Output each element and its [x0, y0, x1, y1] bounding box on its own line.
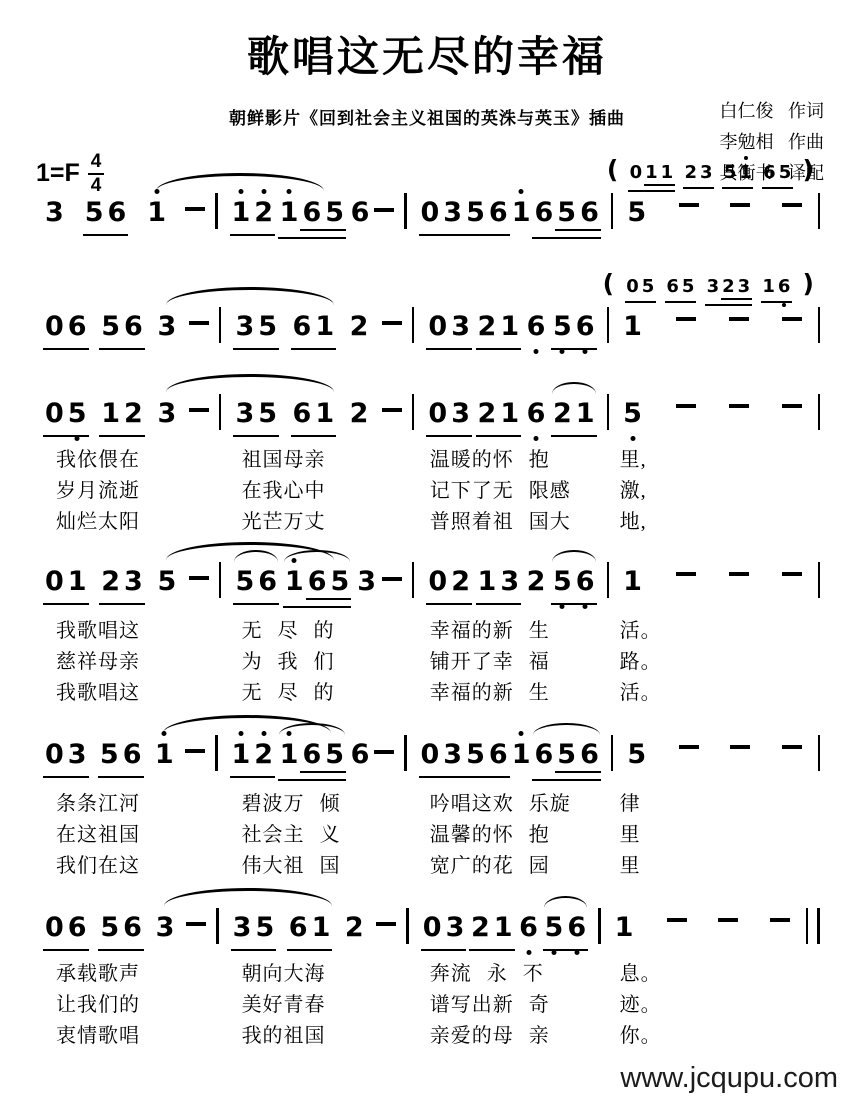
measure: 5	[609, 398, 817, 429]
lyric-cell: 激,	[604, 476, 820, 507]
note: 1	[283, 566, 306, 597]
time-signature: 4 4	[88, 152, 105, 196]
rest-dash	[730, 203, 750, 207]
note: 5	[680, 276, 696, 297]
note: 0	[43, 739, 66, 770]
octave-dot	[534, 349, 539, 354]
note-group: 3	[154, 912, 177, 943]
note: 5	[777, 162, 793, 183]
note: 1	[644, 162, 660, 186]
note: 6	[578, 739, 601, 773]
lyric-cell: 记下了无 限感	[414, 476, 604, 507]
note-group: 05	[625, 276, 656, 303]
note: 1	[574, 398, 597, 429]
note-group: 56	[464, 197, 510, 236]
note: 6	[287, 912, 310, 943]
note: 3	[449, 398, 472, 429]
note: 6	[525, 398, 548, 429]
note: 3	[154, 912, 177, 943]
rest-dash	[718, 918, 738, 922]
note: 0	[419, 739, 442, 770]
note-group: 61	[287, 912, 333, 951]
octave-dot	[583, 349, 588, 354]
barline	[818, 193, 821, 229]
note: 6	[665, 276, 681, 297]
note: 1	[153, 739, 176, 770]
note-group: 3	[355, 566, 378, 597]
rest-dash	[679, 203, 699, 207]
note-group: 5	[625, 197, 648, 228]
octave-dot	[574, 950, 579, 955]
lyric-cell: 里	[604, 820, 820, 851]
tie-arc	[533, 723, 599, 735]
note: 1	[278, 739, 301, 770]
note-group: 23	[99, 566, 145, 605]
lyric-cell: 我们在这	[40, 851, 226, 882]
lyrics-row: 灿烂太阳光芒万丈普照着祖 国大地,	[40, 507, 820, 538]
note: 1	[476, 566, 499, 597]
lyrics-row: 让我们的美好青春谱写出新 奇迹。	[40, 990, 820, 1021]
paren: (	[601, 269, 615, 298]
lyrics-block: 条条江河碧波万 倾吟唱这欢 乐旋律在这祖国社会主 义温馨的怀 抱里我们在这伟大祖…	[40, 789, 820, 882]
note: 5	[83, 197, 106, 228]
note: 2	[721, 276, 737, 300]
rest-dash	[186, 922, 206, 926]
note: 3	[43, 197, 66, 228]
rest-dash	[185, 749, 205, 753]
note: 5	[722, 162, 738, 183]
octave-dot	[519, 731, 524, 736]
octave-dot	[534, 436, 539, 441]
note-group: 56	[464, 739, 510, 778]
measure: 06563	[40, 311, 219, 350]
lyric-cell: 无 尽 的	[226, 678, 414, 709]
measure: 06563	[40, 912, 216, 951]
staff-line: 356112165603561656(011235165)5	[40, 185, 820, 239]
note: 5	[256, 311, 279, 342]
note-group: 03	[421, 912, 467, 951]
barline	[818, 394, 821, 430]
lyric-cell: 我依偎在	[40, 445, 226, 476]
note-group: 1	[621, 566, 644, 597]
note: 6	[578, 197, 601, 231]
note: 1	[498, 398, 521, 429]
lyric-cell: 地,	[604, 507, 820, 538]
measure: 35612	[221, 311, 411, 350]
note: 5	[640, 276, 656, 297]
note-group: 1	[621, 311, 644, 342]
watermark-url: www.jcqupu.com	[620, 1062, 838, 1095]
note-group: 05	[43, 398, 89, 437]
rest-dash	[782, 745, 802, 749]
rest-dash	[676, 404, 696, 408]
note-group: 6	[525, 398, 548, 429]
lyrics-block: 我歌唱这无 尽 的幸福的新 生活。慈祥母亲为 我 们铺开了幸 福路。我歌唱这无 …	[40, 616, 820, 709]
note-group: 656	[532, 739, 600, 781]
note: 6	[487, 197, 510, 228]
note-group: 1	[510, 739, 533, 770]
note: 1	[278, 197, 301, 228]
lyric-cell: 亲爱的母 亲	[414, 1021, 604, 1052]
key-signature: 1=F 4 4	[36, 152, 104, 196]
slur-arc	[156, 173, 324, 191]
note-group: 02	[426, 566, 472, 605]
note-group: 6	[525, 311, 548, 342]
slur-arc	[164, 888, 332, 906]
octave-dot	[526, 950, 531, 955]
lyrics-row: 我歌唱这无 尽 的幸福的新 生活。	[40, 678, 820, 709]
note: 5	[625, 197, 648, 228]
measure: 03561656	[407, 739, 611, 781]
note-group: 1	[510, 197, 533, 228]
note: 3	[441, 739, 464, 770]
note-group: 56	[83, 197, 129, 236]
lyric-cell: 伟大祖 国	[226, 851, 414, 882]
lyric-cell: 里,	[604, 445, 820, 476]
note: 1	[510, 197, 533, 228]
lyric-cell: 温暖的怀 抱	[414, 445, 604, 476]
note: 6	[121, 912, 144, 943]
note-group: 6	[349, 739, 372, 770]
lyrics-row: 我们在这伟大祖 国宽广的花 园里	[40, 851, 820, 882]
note: 5	[99, 311, 122, 342]
note: 6	[306, 566, 329, 600]
lyric-cell: 谱写出新 奇	[414, 990, 604, 1021]
rest-dash	[730, 745, 750, 749]
octave-dot	[75, 436, 80, 441]
note-group: 21	[469, 912, 515, 951]
rest-dash	[189, 408, 209, 412]
note: 6	[574, 311, 597, 342]
lyric-cell: 我歌唱这	[40, 616, 226, 647]
note: 2	[343, 912, 366, 943]
lyric-cell: 祖国母亲	[226, 445, 414, 476]
note: 1	[99, 398, 122, 429]
note-group: 011	[628, 162, 675, 192]
lyrics-row: 条条江河碧波万 倾吟唱这欢 乐旋律	[40, 789, 820, 820]
note-group: 6	[349, 197, 372, 228]
note-group: 323	[705, 276, 752, 306]
note: 0	[421, 912, 444, 943]
lyric-cell: 宽广的花 园	[414, 851, 604, 882]
note: 6	[525, 311, 548, 342]
lyric-cell: 幸福的新 生	[414, 678, 604, 709]
meter-denominator: 4	[91, 175, 102, 196]
lyrics-row: 我依偎在祖国母亲温暖的怀 抱里,	[40, 445, 820, 476]
note: 3	[736, 276, 752, 300]
note: 0	[43, 398, 66, 429]
note: 1	[659, 162, 675, 186]
note-group: )	[801, 155, 815, 184]
note: 3	[449, 311, 472, 342]
rest-dash	[782, 317, 802, 321]
lyrics-row: 岁月流逝在我心中记下了无 限感激,	[40, 476, 820, 507]
note: 3	[444, 912, 467, 943]
note-group: 12	[99, 398, 145, 437]
octave-dot	[551, 950, 556, 955]
meter-numerator: 4	[88, 152, 105, 175]
note: 3	[233, 311, 256, 342]
note-group: )	[801, 269, 815, 298]
note-group: 23	[683, 162, 714, 189]
note: 2	[476, 398, 499, 429]
key-label: 1=F	[36, 159, 80, 188]
page-title: 歌唱这无尽的幸福	[0, 24, 854, 84]
lyric-cell: 光芒万丈	[226, 507, 414, 538]
note: 1	[510, 739, 533, 770]
octave-dot	[782, 303, 786, 307]
lyric-cell: 让我们的	[40, 990, 226, 1021]
octave-dot	[560, 349, 565, 354]
note-group: 21	[551, 398, 597, 437]
note-group: 06	[43, 311, 89, 350]
barline	[818, 735, 821, 771]
note: 5	[233, 566, 256, 597]
note: 0	[426, 311, 449, 342]
lyrics-row: 在这祖国社会主 义温馨的怀 抱里	[40, 820, 820, 851]
note: 5	[543, 912, 566, 943]
staff-block: 0123556165302132561我歌唱这无 尽 的幸福的新 生活。慈祥母亲…	[40, 554, 820, 709]
measure: 1	[601, 912, 806, 943]
lyric-cell: 活。	[604, 678, 820, 709]
note: 6	[532, 197, 555, 228]
note: 6	[291, 398, 314, 429]
note-group: 5	[625, 739, 648, 770]
note-group: 3	[155, 398, 178, 429]
lyric-cell: 碧波万 倾	[226, 789, 414, 820]
rest-dash	[382, 577, 402, 581]
measure: 03561	[40, 739, 215, 778]
note: 1	[313, 398, 336, 429]
note: 3	[441, 197, 464, 228]
note-group: 165	[278, 197, 346, 239]
note-group: 06	[43, 912, 89, 951]
note: 3	[155, 398, 178, 429]
note: 1	[621, 566, 644, 597]
note: 2	[99, 566, 122, 597]
note-group: 56	[98, 912, 144, 951]
note-group: 03	[426, 311, 472, 350]
staff-line: 065633561203216561	[40, 900, 820, 951]
note-group: 56	[98, 739, 144, 778]
measure: 05123	[40, 398, 219, 437]
staff-line: 0123556165302132561	[40, 554, 820, 608]
note: 1	[230, 197, 253, 228]
note: 0	[43, 311, 66, 342]
note: 0	[419, 197, 442, 228]
note-group: 61	[291, 398, 337, 437]
measure: (011235165)5	[613, 197, 817, 228]
measure: (056532316)1	[609, 311, 817, 342]
measure: 0321656	[409, 912, 598, 951]
note: 6	[300, 739, 323, 773]
note: 1	[761, 276, 777, 297]
lyric-cell: 息。	[604, 959, 820, 990]
note-group: 03	[419, 197, 465, 236]
note-group: 3	[43, 197, 66, 228]
lyrics-block: 承载歌声朝向大海奔流 永 不息。让我们的美好青春谱写出新 奇迹。衷情歌唱我的祖国…	[40, 959, 820, 1052]
note: 5	[551, 311, 574, 342]
rest-dash	[189, 321, 209, 325]
lyric-cell: 朝向大海	[226, 959, 414, 990]
note-group: 2	[525, 566, 548, 597]
note: 3	[233, 398, 256, 429]
credit-composer: 李勉相 作曲	[720, 127, 825, 158]
measure: 561653	[221, 566, 411, 608]
note: 5	[464, 197, 487, 228]
note: 6	[532, 739, 555, 770]
lyric-cell: 岁月流逝	[40, 476, 226, 507]
note: 1	[66, 566, 89, 597]
note: 5	[66, 398, 89, 429]
note: 2	[551, 398, 574, 429]
note-group: 65	[762, 162, 793, 189]
note-group: 65	[665, 276, 696, 303]
note: 6	[106, 197, 129, 228]
note: 2	[469, 912, 492, 943]
paren: )	[801, 155, 815, 184]
credit-lyricist: 白仁俊 作词	[720, 96, 825, 127]
note-group: 6	[517, 912, 540, 943]
note: 1	[310, 912, 333, 943]
rest-dash	[374, 750, 394, 754]
note: 5	[621, 398, 644, 429]
measure: 121656	[218, 197, 405, 239]
lyric-cell: 我的祖国	[226, 1021, 414, 1052]
note: 5	[555, 197, 578, 231]
measure: 5	[613, 739, 817, 770]
note: 5	[256, 398, 279, 429]
staff-block: 03561121656035616565条条江河碧波万 倾吟唱这欢 乐旋律在这祖…	[40, 727, 820, 882]
note-group: (	[601, 269, 615, 298]
lyric-cell: 在我心中	[226, 476, 414, 507]
lyric-cell: 温馨的怀 抱	[414, 820, 604, 851]
note: 1	[613, 912, 636, 943]
note-group: 03	[43, 739, 89, 778]
lyrics-row: 我歌唱这无 尽 的幸福的新 生活。	[40, 616, 820, 647]
rest-dash	[729, 404, 749, 408]
note: 6	[762, 162, 778, 183]
note: 2	[683, 162, 699, 183]
lyric-cell: 我歌唱这	[40, 678, 226, 709]
note-group: 2	[348, 398, 371, 429]
note: 6	[291, 311, 314, 342]
note: 1	[230, 739, 253, 770]
note: 6	[300, 197, 323, 231]
rest-dash	[676, 572, 696, 576]
lyric-cell: 无 尽 的	[226, 616, 414, 647]
note: 5	[98, 739, 121, 770]
score: 356112165603561656(011235165)50656335612…	[40, 185, 820, 1052]
note: 5	[323, 197, 346, 231]
lyric-cell: 活。	[604, 616, 820, 647]
rest-dash	[374, 208, 394, 212]
note: 6	[66, 912, 89, 943]
note-group: 2	[343, 912, 366, 943]
barline	[806, 908, 820, 944]
rest-dash	[782, 203, 802, 207]
grace-notes: (056532316)	[601, 269, 815, 306]
measure: 3561	[40, 197, 215, 236]
note: 2	[252, 197, 275, 228]
lyric-cell: 慈祥母亲	[40, 647, 226, 678]
octave-dot	[519, 189, 524, 194]
note: 6	[776, 276, 792, 297]
note-group: 13	[476, 566, 522, 605]
paren: (	[605, 155, 619, 184]
staff-block: 065633561203216561承载歌声朝向大海奔流 永 不息。让我们的美好…	[40, 900, 820, 1052]
note: 5	[253, 912, 276, 943]
slur-arc	[166, 374, 334, 392]
rest-dash	[770, 918, 790, 922]
note: 2	[348, 398, 371, 429]
note: 3	[498, 566, 521, 597]
rest-dash	[185, 207, 205, 211]
note-group: 12	[230, 739, 276, 778]
note-group: (	[605, 155, 619, 184]
note: 0	[426, 566, 449, 597]
note-group: 03	[419, 739, 465, 778]
note: 2	[525, 566, 548, 597]
note-group: 56	[233, 566, 279, 605]
measure: 03561656	[407, 197, 611, 239]
note-group: 51	[722, 162, 753, 189]
note: 6	[256, 566, 279, 597]
lyric-cell: 普照着祖 国大	[414, 507, 604, 538]
barline	[818, 562, 821, 598]
lyric-cell: 奔流 永 不	[414, 959, 604, 990]
note: 5	[464, 739, 487, 770]
note: 0	[43, 912, 66, 943]
lyric-cell: 里	[604, 851, 820, 882]
staff-block: 06563356120321656(056532316)1	[40, 299, 820, 350]
rest-dash	[189, 576, 209, 580]
measure: 0321621	[414, 398, 606, 437]
note-group: 1	[613, 912, 636, 943]
staff-line: 03561121656035616565	[40, 727, 820, 781]
note: 6	[487, 739, 510, 770]
note-group: 61	[291, 311, 337, 350]
note: 1	[738, 162, 754, 183]
note: 0	[628, 162, 644, 183]
lyric-cell: 条条江河	[40, 789, 226, 820]
octave-dot	[744, 156, 748, 160]
lyrics-row: 衷情歌唱我的祖国亲爱的母 亲你。	[40, 1021, 820, 1052]
note: 1	[621, 311, 644, 342]
note: 6	[517, 912, 540, 943]
note: 2	[252, 739, 275, 770]
note: 3	[231, 912, 254, 943]
note: 0	[426, 398, 449, 429]
note: 2	[122, 398, 145, 429]
staff-block: 356112165603561656(011235165)5	[40, 185, 820, 239]
note-group: 165	[278, 739, 346, 781]
lyric-cell: 在这祖国	[40, 820, 226, 851]
lyric-cell: 吟唱这欢 乐旋	[414, 789, 604, 820]
lyrics-block: 我依偎在祖国母亲温暖的怀 抱里,岁月流逝在我心中记下了无 限感激,灿烂太阳光芒万…	[40, 445, 820, 538]
paren: )	[801, 269, 815, 298]
measure: 1	[609, 566, 817, 597]
note-group: 3	[155, 311, 178, 342]
note-group: 56	[99, 311, 145, 350]
note: 5	[555, 739, 578, 773]
note-group: 656	[532, 197, 600, 239]
octave-dot	[583, 604, 588, 609]
note-group: 165	[283, 566, 351, 608]
note-group: 35	[233, 398, 279, 437]
note: 6	[121, 739, 144, 770]
rest-dash	[382, 408, 402, 412]
